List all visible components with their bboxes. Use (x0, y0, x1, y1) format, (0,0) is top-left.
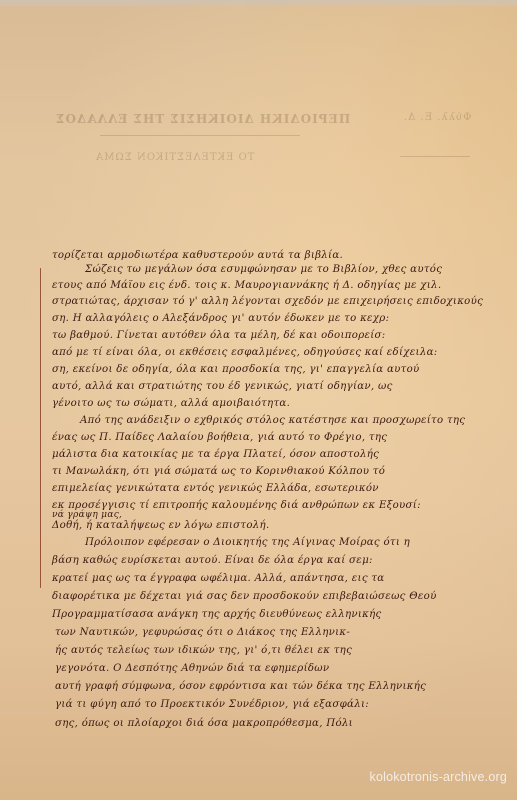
manuscript-line: Από της ανάδειξιν ο εχθρικός στόλος κατέ… (80, 415, 465, 426)
show-through-rule (100, 135, 300, 136)
margin-line (40, 268, 41, 588)
manuscript-line: γένοιτο ως τω σώματι, αλλά αμοιβαιότητα. (52, 398, 290, 409)
manuscript-line: γιά τι φύγη από το Προεκτικόν Συνέδριον,… (55, 699, 369, 710)
show-through-page-mark: Φύλλ. Ε. Δ. (403, 112, 471, 123)
manuscript-line: τορίζεται αρμοδιωτέρα καθυστερούν αυτά τ… (52, 250, 343, 261)
manuscript-line: μάλιστα δια κατοικίας με τα έργα Πλατεί,… (52, 449, 379, 460)
manuscript-line: από με τί είναι όλα, οι εκθέσεις εσφαλμέ… (52, 347, 438, 358)
show-through-print-header: ΠΕΡΙΟΔΙΚΗ ΔΙΟΙΚΗΣΙΣ ΤΗΣ ΕΛΛΑΔΟΣ (55, 112, 350, 126)
manuscript-line: Πρόλοιπον εφέρεσαν ο Διοικητής της Αίγιν… (85, 537, 410, 548)
paper-top-edge (0, 0, 517, 6)
manuscript-line: ση, εκείνοι δε οδηγία, όλα και προσδοκία… (52, 364, 420, 375)
show-through-print-subheader: ΤΟ ΕΚΤΕΛΕΣΤΙΚΟΝ ΣΩΜΑ (95, 152, 254, 163)
manuscript-line: διαφορέτικα με δέχεται γιά σας δεν προσδ… (52, 591, 437, 602)
manuscript-line: επιμελείας γενικώτατα εντός γενικώς Ελλά… (52, 483, 379, 494)
manuscript-line: ετους από Μάϊου εις ένδ. τοις κ. Μαυρογι… (52, 280, 441, 291)
show-through-rule (400, 156, 470, 157)
manuscript-line: ένας ως Π. Παίδες Λαλαίου βοήθεια, γιά α… (52, 432, 387, 443)
archive-watermark: kolokotronis-archive.org (370, 770, 508, 784)
manuscript-line: Δοθή, ή καταλήψεως εν λόγω επιστολή. (52, 520, 270, 531)
manuscript-line: στρατιώτας, άρχισαν τό γ' αλλη λέγονται … (52, 296, 483, 307)
manuscript-line: τω βαθμού. Γίνεται αυτόθεν όλα τα μέλη, … (52, 330, 386, 341)
manuscript-line: Προγραμματίσασα ανάγκη της αρχής διευθύν… (52, 609, 382, 620)
manuscript-line: ση. Η αλλαγόλεις ο Αλεξάνδρος γι' αυτόν … (52, 313, 389, 324)
manuscript-line: των Ναυτικών, γεφυρώσας ότι ο Διάκος της… (55, 627, 350, 638)
manuscript-line: κρατεί μας ως τα έγγραφα ωφέλιμα. Αλλά, … (52, 573, 384, 584)
manuscript-page: ΠΕΡΙΟΔΙΚΗ ΔΙΟΙΚΗΣΙΣ ΤΗΣ ΕΛΛΑΔΟΣ ΤΟ ΕΚΤΕΛ… (0, 0, 517, 800)
manuscript-line: σης, όπως οι πλοίαρχοι διά όσα μακροπρόθ… (55, 718, 353, 729)
manuscript-line: βάση καθώς ευρίσκεται αυτού. Είναι δε όλ… (52, 555, 373, 566)
manuscript-line: γεγονότα. Ο Δεσπότης Αθηνών διά τα εφημε… (55, 663, 329, 674)
manuscript-line: αυτό, αλλά και στρατιώτης του έδ γενικώς… (52, 381, 393, 392)
manuscript-line: Σώζεις τω μεγάλων όσα εσυμφώνησαν με το … (85, 264, 442, 275)
manuscript-line: νά γράψη μας, (52, 510, 122, 520)
manuscript-line: τι Μανωλάκη, ότι γιά σώματά ως το Κορινθ… (52, 466, 385, 477)
manuscript-line: ής αυτός τελείως των ιδικών της, γι' ό,τ… (55, 645, 352, 656)
manuscript-line: αυτή γραφή σύμφωνα, όσον εφρόντισα και τ… (55, 681, 426, 692)
